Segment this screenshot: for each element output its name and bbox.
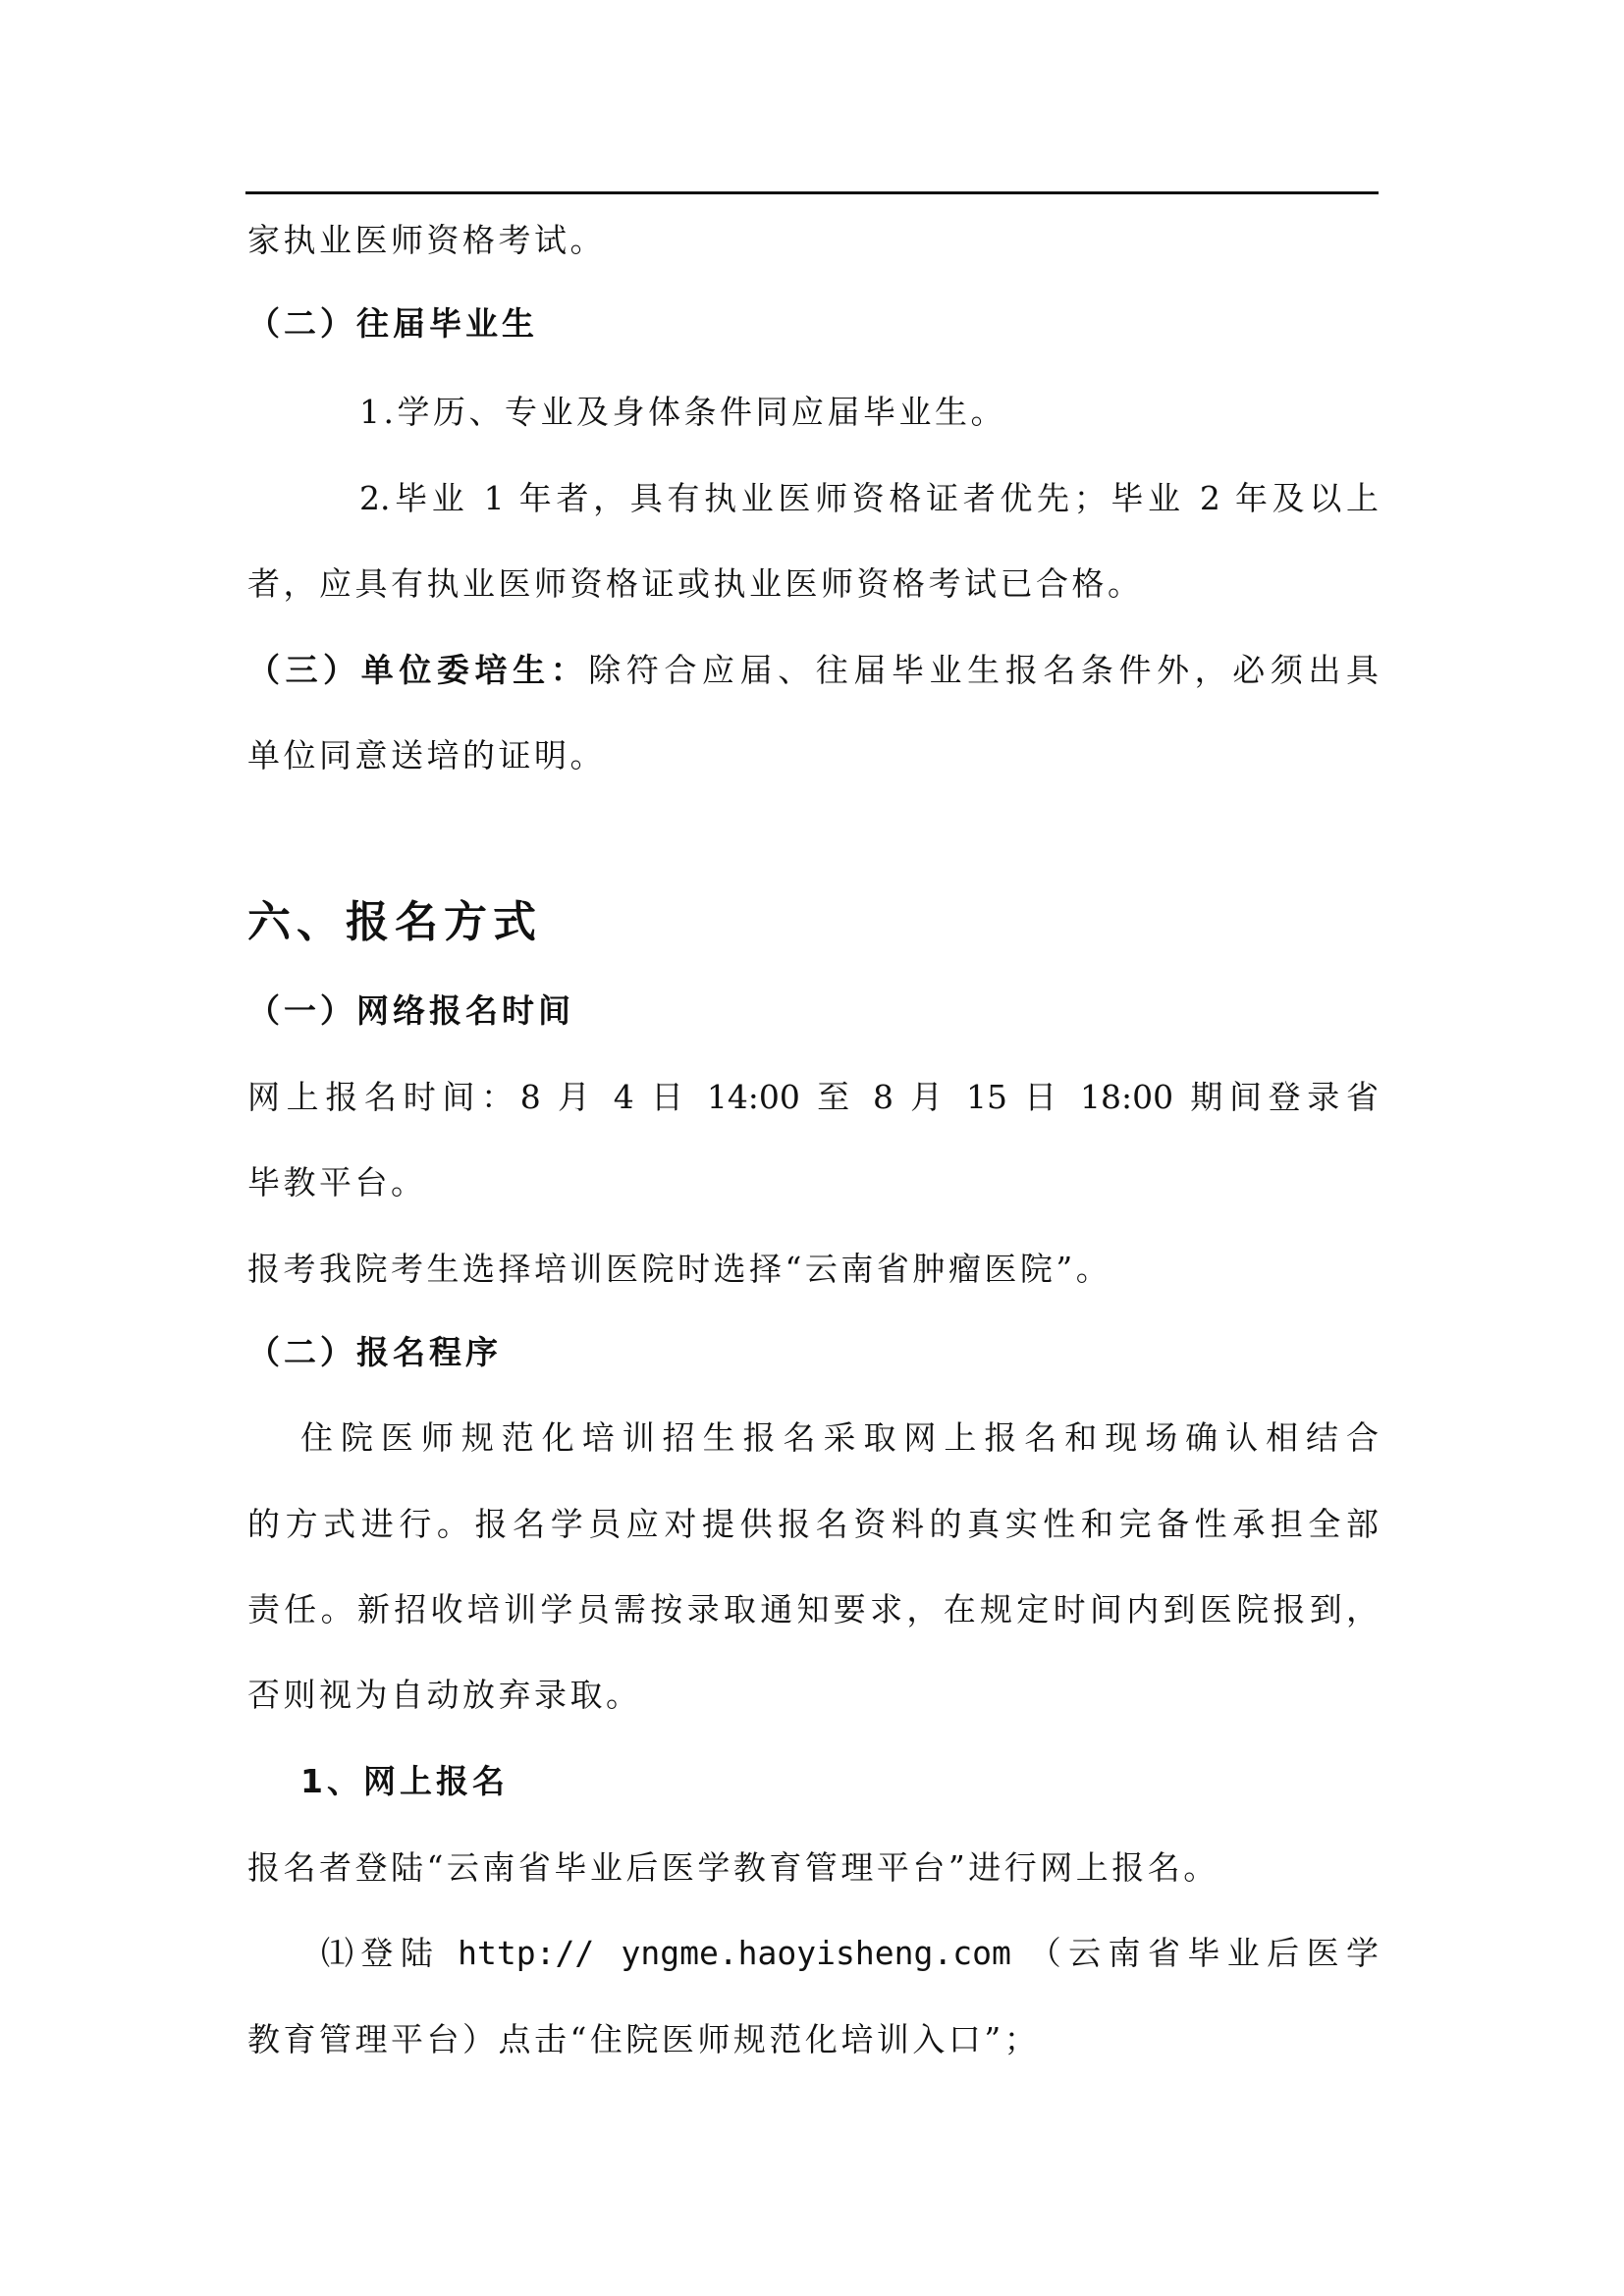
paragraph-text: 责任。新招收培训学员需按录取通知要求，在规定时间内到医院报到， (247, 1588, 1379, 1631)
paragraph-text: 毕教平台。 (247, 1161, 1379, 1204)
step-heading-online-registration: 1、网上报名 (300, 1760, 1379, 1803)
list-item: 2.毕业 1 年者，具有执业医师资格证者优先；毕业 2 年及以上 (359, 477, 1379, 520)
paragraph-text: 否则视为自动放弃录取。 (247, 1674, 1379, 1717)
paragraph-text: 报名者登陆“云南省毕业后医学教育管理平台”进行网上报名。 (247, 1846, 1379, 1890)
paragraph-text: 教育管理平台）点击“住院医师规范化培训入口”； (247, 2018, 1379, 2061)
list-item-prefix: ⑴登陆 (321, 1934, 458, 1972)
section-heading-past-graduates: （二）往届毕业生 (247, 302, 1379, 346)
section-heading-commissioned: （三）单位委培生： (247, 651, 588, 689)
platform-url-link[interactable]: http:// yngme.haoyisheng.com (458, 1934, 1011, 1972)
section-title-registration-method: 六、报名方式 (247, 895, 1379, 950)
hospital-selection-text: 报考我院考生选择培训医院时选择“云南省肿瘤医院”。 (247, 1248, 1379, 1291)
continuation-text: 家执业医师资格考试。 (247, 219, 1379, 262)
registration-time-text: 网上报名时间：8 月 4 日 14:00 至 8 月 15 日 18:00 期间… (247, 1076, 1379, 1119)
paragraph-text: 的方式进行。报名学员应对提供报名资料的真实性和完备性承担全部 (247, 1503, 1379, 1546)
list-item-suffix: （云南省毕业后医学 (1011, 1934, 1379, 1972)
section-commissioned-trainees: （三）单位委培生：除符合应届、往届毕业生报名条件外，必须出具 (247, 649, 1379, 692)
section-heading-online-time: （一）网络报名时间 (247, 989, 1379, 1033)
list-item: 1.学历、专业及身体条件同应届毕业生。 (359, 391, 1379, 434)
paragraph-text: 单位同意送培的证明。 (247, 734, 1379, 777)
paragraph-text: 除符合应届、往届毕业生报名条件外，必须出具 (588, 651, 1379, 689)
paragraph-text: 住院医师规范化培训招生报名采取网上报名和现场确认相结合 (300, 1416, 1379, 1460)
paragraph-text: 者，应具有执业医师资格证或执业医师资格考试已合格。 (247, 562, 1379, 606)
list-item-login: ⑴登陆 http:// yngme.haoyisheng.com （云南省毕业后… (321, 1932, 1379, 1975)
section-heading-procedure: （二）报名程序 (247, 1331, 1379, 1374)
header-rule (245, 191, 1379, 194)
